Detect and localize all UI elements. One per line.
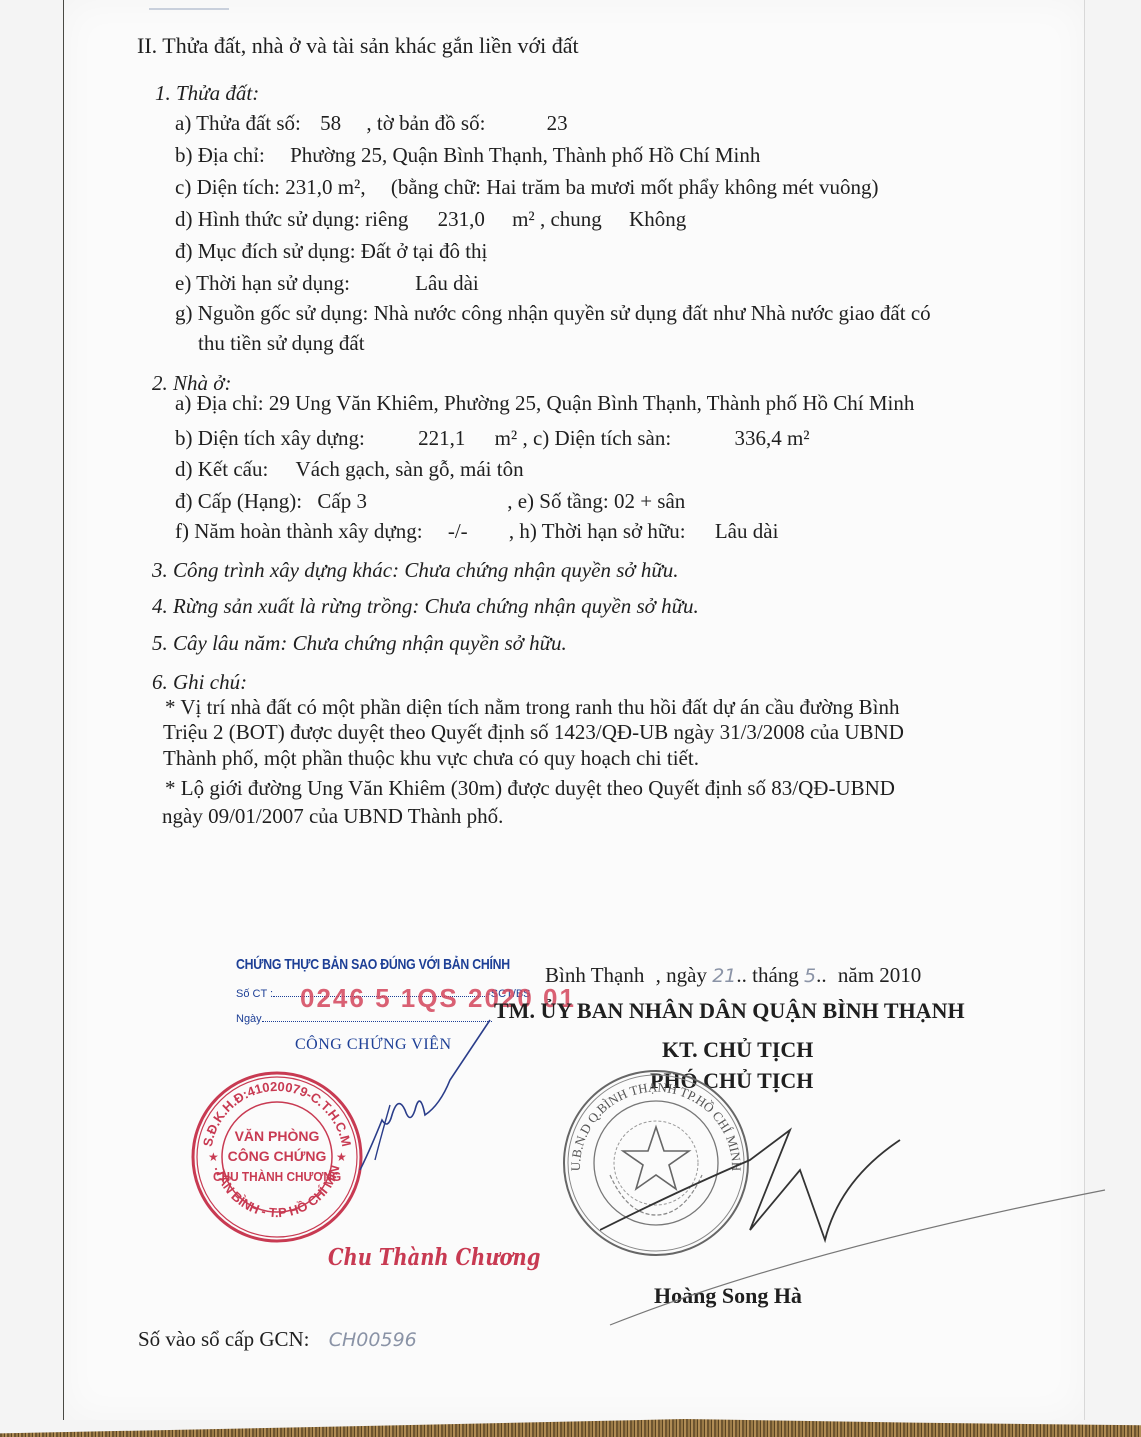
map-sheet-no: 23 — [547, 111, 568, 135]
month-label: tháng — [752, 963, 799, 987]
parcel-no: 58 — [320, 111, 341, 135]
year: -/- — [448, 519, 468, 543]
floors: 02 + sân — [614, 489, 685, 513]
usage-common: Không — [629, 207, 686, 231]
usage-form-row: d) Hình thức sử dụng: riêng 231,0 m² , c… — [175, 206, 686, 232]
purpose-row: đ) Mục đích sử dụng: Đất ở tại đô thị — [175, 238, 487, 264]
term: Lâu dài — [415, 271, 479, 295]
date-line: Bình Thạnh , ngày 21.. tháng 5.. năm 201… — [545, 962, 921, 989]
purpose-label: đ) Mục đích sử dụng: — [175, 239, 356, 263]
authority: TM. ỦY BAN NHÂN DÂN QUẬN BÌNH THẠNH — [494, 998, 965, 1024]
ownership-term: Lâu dài — [715, 519, 779, 543]
registry-row: Số vào sổ cấp GCN: CH00596 — [138, 1326, 417, 1353]
year-label: năm 2010 — [838, 963, 921, 987]
forest: Chưa chứng nhận quyền sở hữu. — [425, 594, 699, 618]
usage-form-label: d) Hình thức sử dụng: riêng — [175, 207, 408, 231]
house-address-label: a) Địa chỉ: — [175, 391, 264, 415]
signer-name: Hoàng Song Hà — [654, 1283, 802, 1309]
structure: Vách gạch, sàn gỗ, mái tôn — [296, 457, 524, 481]
land-parcel-row: a) Thửa đất số: 58 , tờ bản đồ số: 23 — [175, 110, 568, 136]
perennial-label: 5. Cây lâu năm: — [152, 631, 287, 655]
house-address-row: a) Địa chỉ: 29 Ung Văn Khiêm, Phường 25,… — [175, 390, 914, 416]
official-seal-icon: U.B.N.D Q.BÌNH THẠNH TP.HỒ CHÍ MINH — [558, 1065, 754, 1261]
day-value: 21 — [712, 965, 736, 987]
parcel-label: a) Thửa đất số: — [175, 111, 301, 135]
land-area-words: (bằng chữ: Hai trăm ba mươi mốt phẩy khô… — [391, 175, 879, 199]
term-row: e) Thời hạn sử dụng: Lâu dài — [175, 270, 479, 296]
origin-line1: Nhà nước công nhận quyền sử dụng đất như… — [374, 301, 931, 325]
ownership-term-label: , h) Thời hạn sở hữu: — [509, 519, 686, 543]
land-address-row: b) Địa chỉ: Phường 25, Quận Bình Thạnh, … — [175, 142, 760, 168]
perennial-row: 5. Cây lâu năm: Chưa chứng nhận quyền sở… — [152, 630, 567, 656]
svg-text:★: ★ — [336, 1150, 347, 1164]
land-area-label: c) Diện tích: 231,0 m², — [175, 175, 366, 199]
note-line: Thành phố, một phần thuộc khu vực chưa c… — [163, 745, 699, 771]
notary-role: CÔNG CHỨNG VIÊN — [295, 1036, 452, 1054]
structure-row: d) Kết cấu: Vách gạch, sàn gỗ, mái tôn — [175, 456, 524, 482]
year-row: f) Năm hoàn thành xây dựng: -/- , h) Thờ… — [175, 518, 778, 544]
notary-name: Chu Thành Chương — [328, 1244, 540, 1271]
svg-text:CHU THÀNH CHƯƠNG: CHU THÀNH CHƯƠNG — [213, 1168, 341, 1184]
origin-line2: thu tiền sử dụng đất — [198, 330, 365, 356]
note-line: * Vị trí nhà đất có một phần diện tích n… — [165, 694, 900, 720]
origin-row: g) Nguồn gốc sử dụng: Nhà nước công nhận… — [175, 300, 931, 326]
usage-private: 231,0 — [438, 207, 485, 231]
section-title: II. Thửa đất, nhà ở và tài sản khác gắn … — [137, 33, 579, 59]
scan-mark — [149, 8, 229, 10]
purpose: Đất ở tại đô thị — [361, 239, 488, 263]
land-heading: 1. Thửa đất: — [155, 80, 259, 106]
grade-label: đ) Cấp (Hạng): — [175, 489, 302, 513]
land-area-row: c) Diện tích: 231,0 m², (bằng chữ: Hai t… — [175, 174, 878, 200]
forest-row: 4. Rừng sản xuất là rừng trồng: Chưa chứ… — [152, 593, 699, 619]
cert-date-row: Ngày — [236, 1013, 492, 1025]
note-line: Triệu 2 (BOT) được duyệt theo Quyết định… — [163, 719, 904, 745]
construction-label: 3. Công trình xây dựng khác: — [152, 558, 399, 582]
place: Bình Thạnh — [545, 963, 644, 987]
origin-label: g) Nguồn gốc sử dụng: — [175, 301, 368, 325]
year-label: f) Năm hoàn thành xây dựng: — [175, 519, 423, 543]
svg-text:★: ★ — [208, 1150, 219, 1164]
house-address: 29 Ung Văn Khiêm, Phường 25, Quận Bình T… — [269, 391, 914, 415]
other-construction-row: 3. Công trình xây dựng khác: Chưa chứng … — [152, 557, 679, 583]
note-line: * Lộ giới đường Ung Văn Khiêm (30m) được… — [165, 775, 895, 801]
usage-common-label: m² , chung — [512, 207, 602, 231]
build-area-label: b) Diện tích xây dựng: — [175, 426, 365, 450]
day-label: , ngày — [656, 963, 707, 987]
construction: Chưa chứng nhận quyền sở hữu. — [404, 558, 678, 582]
land-address-label: b) Địa chỉ: — [175, 143, 265, 167]
svg-text:VĂN PHÒNG: VĂN PHÒNG — [235, 1127, 320, 1144]
map-sheet-label: , tờ bản đồ số: — [366, 111, 485, 135]
registry-label: Số vào sổ cấp GCN: — [138, 1327, 310, 1351]
note-line: ngày 09/01/2007 của UBND Thành phố. — [162, 803, 503, 829]
floor-area: 336,4 m² — [734, 426, 809, 450]
month-value: 5 — [804, 965, 816, 987]
perennial: Chưa chứng nhận quyền sở hữu. — [293, 631, 567, 655]
land-address: Phường 25, Quận Bình Thạnh, Thành phố Hồ… — [290, 143, 760, 167]
certification-title: CHỨNG THỰC BẢN SAO ĐÚNG VỚI BẢN CHÍNH — [236, 956, 510, 973]
table-surface — [0, 1419, 1141, 1437]
so-ct-label: Số CT : — [236, 988, 273, 1000]
grade-row: đ) Cấp (Hạng): Cấp 3 , e) Số tầng: 02 + … — [175, 488, 685, 514]
for-chair: KT. CHỦ TỊCH — [662, 1037, 813, 1063]
registry-value: CH00596 — [329, 1329, 417, 1351]
svg-text:CÔNG CHỨNG: CÔNG CHỨNG — [228, 1147, 327, 1164]
floors-label: , e) Số tầng: — [507, 489, 608, 513]
grade: Cấp 3 — [317, 489, 367, 513]
forest-label: 4. Rừng sản xuất là rừng trồng: — [152, 594, 419, 618]
notary-seal-icon: S.Đ.K.H.Đ:41020079-C.T.H.C.M Q.TÂN BÌNH … — [189, 1069, 365, 1245]
notes-heading: 6. Ghi chú: — [152, 669, 247, 695]
build-area: 221,1 — [418, 426, 465, 450]
structure-label: d) Kết cấu: — [175, 457, 268, 481]
term-label: e) Thời hạn sử dụng: — [175, 271, 350, 295]
floor-area-label: m² , c) Diện tích sàn: — [495, 426, 672, 450]
house-area-row: b) Diện tích xây dựng: 221,1 m² , c) Diệ… — [175, 425, 810, 451]
ngay-label: Ngày — [236, 1013, 262, 1025]
